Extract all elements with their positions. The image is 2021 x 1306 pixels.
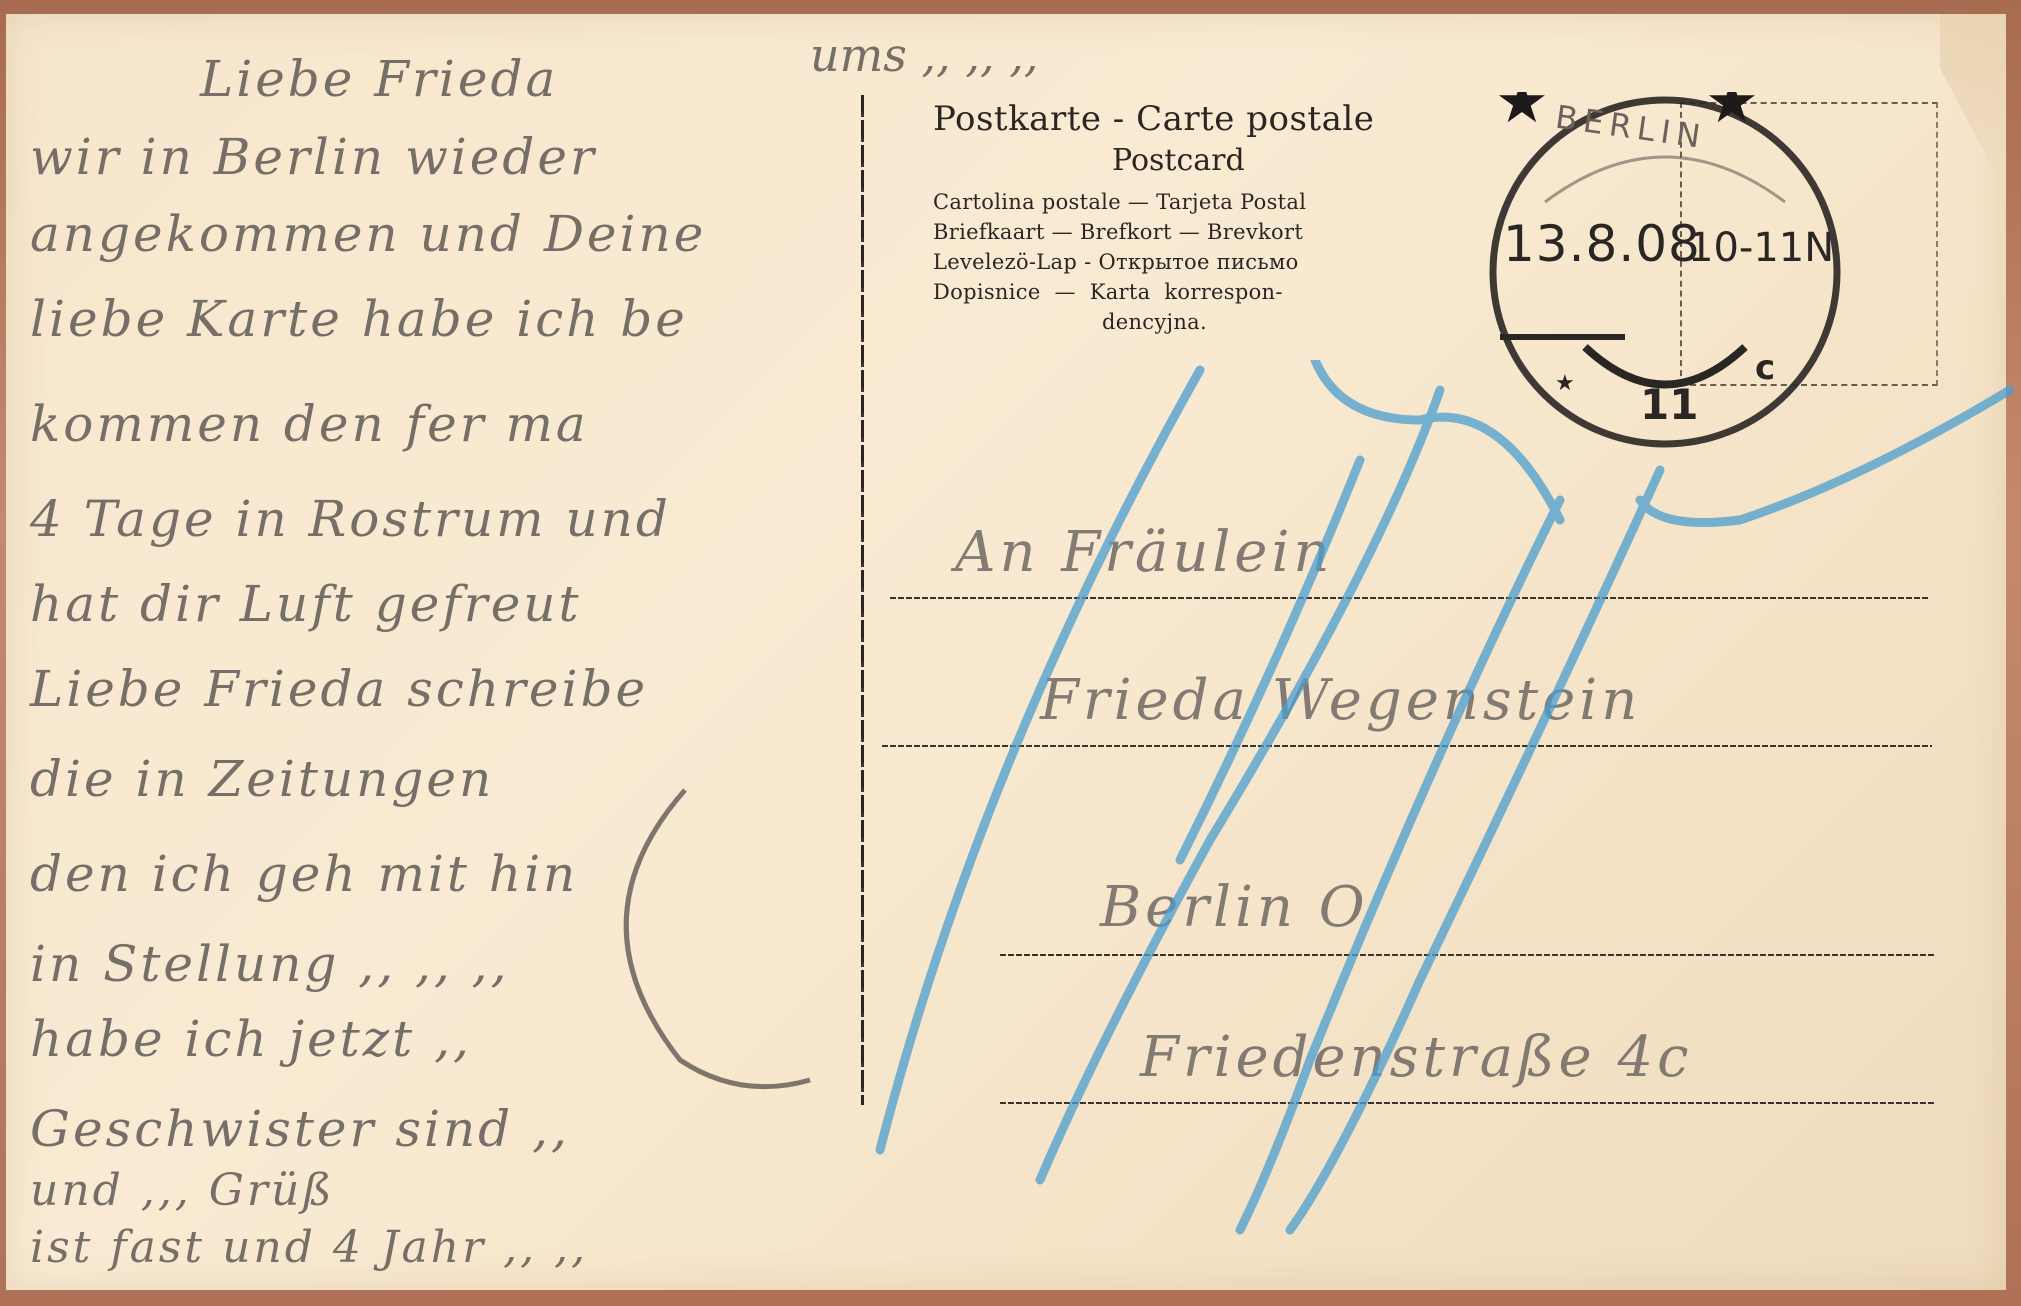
message-line-3: angekommen und Deine: [30, 205, 706, 263]
language-line-2: Briefkaart — Brefkort — Brevkort: [933, 222, 1303, 243]
message-line-14: und ,,, Grüß: [30, 1165, 335, 1216]
message-line-15: ist fast und 4 Jahr ,, ,,: [30, 1222, 588, 1273]
language-line-5: dencyjna.: [1102, 312, 1207, 333]
faint-postmark-icon: [590, 770, 890, 1090]
postmark-time: 10-11N: [1688, 225, 1834, 271]
top-pencil-note: ums ,, ,, ,,: [810, 28, 1038, 82]
message-line-13: Geschwister sind ,,: [30, 1100, 570, 1158]
message-line-5: kommen den fer ma: [30, 395, 589, 453]
message-line-10: den ich geh mit hin: [30, 845, 578, 903]
language-line-3: Levelezö-Lap - Открытое письмо: [933, 252, 1299, 273]
postcard-title: Postkarte - Carte postale: [933, 102, 1374, 136]
svg-text:★: ★: [1495, 92, 1549, 137]
message-line-7: hat dir Luft gefreut: [30, 575, 582, 633]
postcard-subtitle: Postcard: [1112, 146, 1245, 176]
message-line-9: die in Zeitungen: [30, 750, 494, 808]
message-line-4: liebe Karte habe ich be: [30, 290, 688, 348]
language-line-1: Cartolina postale — Tarjeta Postal: [933, 192, 1306, 213]
language-line-4: Dopisnice — Karta korrespon-: [933, 282, 1283, 303]
message-line-8: Liebe Frieda schreibe: [30, 660, 648, 718]
message-line-6: 4 Tage in Rostrum und: [30, 490, 671, 548]
postmark-date: 13.8.08: [1503, 215, 1701, 273]
blue-crayon-marks-icon: [860, 360, 2020, 1240]
message-line-11: in Stellung ,, ,, ,,: [30, 935, 509, 993]
message-line-12: habe ich jetzt ,,: [30, 1010, 472, 1068]
svg-text:★: ★: [1705, 92, 1759, 137]
message-line-2: wir in Berlin wieder: [30, 128, 597, 186]
message-line-1: Liebe Frieda: [200, 50, 558, 108]
